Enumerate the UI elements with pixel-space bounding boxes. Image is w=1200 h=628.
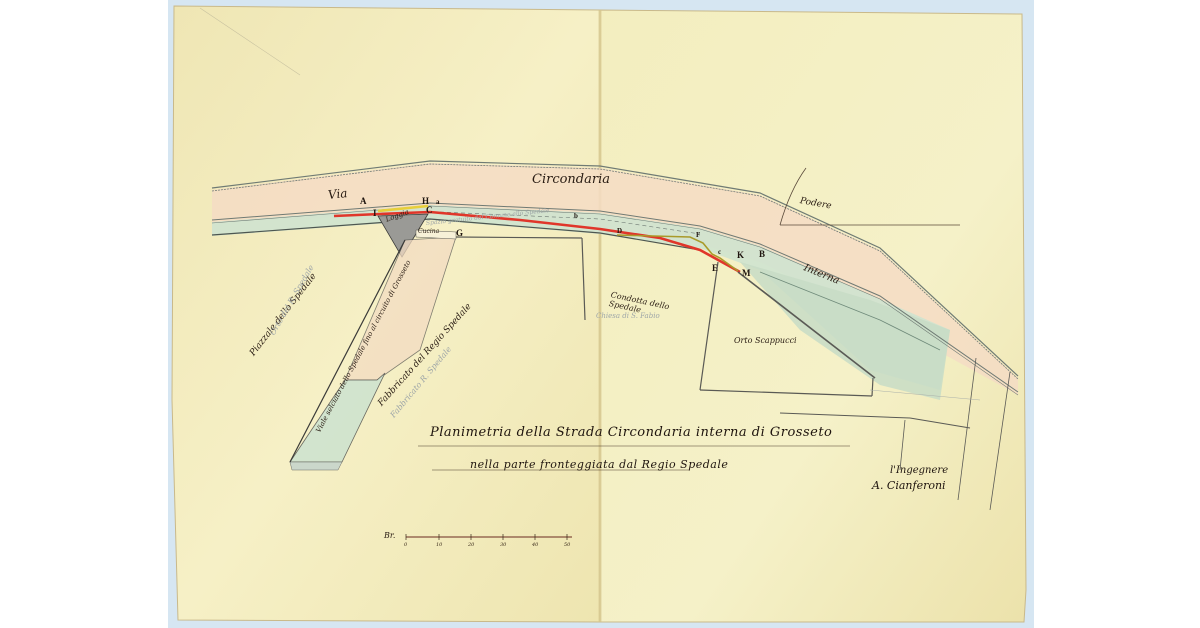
point-E: E — [712, 263, 718, 273]
map-title-line1: Planimetria della Strada Circondaria int… — [430, 425, 832, 440]
point-a: a — [436, 198, 440, 206]
label-circondaria: Circondaria — [532, 172, 610, 187]
scale-tick-0: 0 — [404, 542, 407, 548]
point-M: M — [742, 268, 751, 278]
point-G: G — [456, 228, 463, 238]
label-via: Via — [327, 186, 348, 202]
signature-line2: A. Cianferoni — [872, 479, 946, 492]
map-title-line2: nella parte fronteggiata dal Regio Speda… — [470, 458, 728, 471]
point-F: F — [696, 231, 700, 239]
label-orto: Orto Scappucci — [734, 336, 797, 345]
scale-tick-30: 30 — [500, 542, 506, 548]
point-b: b — [574, 212, 578, 220]
signature-line1: l'Ingegnere — [890, 465, 948, 476]
scale-tick-50: 50 — [564, 542, 570, 548]
point-A: A — [360, 196, 367, 206]
point-c: c — [718, 248, 721, 256]
label-cucina: Cucina — [418, 228, 439, 235]
scale-tick-40: 40 — [532, 542, 538, 548]
scale-unit-label: Br. — [384, 531, 395, 540]
point-C: C — [426, 205, 433, 215]
point-D: D — [617, 227, 622, 235]
scale-tick-10: 10 — [436, 542, 442, 548]
label-condotta-faint: Chiesa di S. Fabio — [596, 312, 660, 320]
scale-tick-20: 20 — [468, 542, 474, 548]
point-I: I — [373, 208, 377, 218]
point-B: B — [759, 249, 765, 259]
point-K: K — [737, 250, 744, 260]
